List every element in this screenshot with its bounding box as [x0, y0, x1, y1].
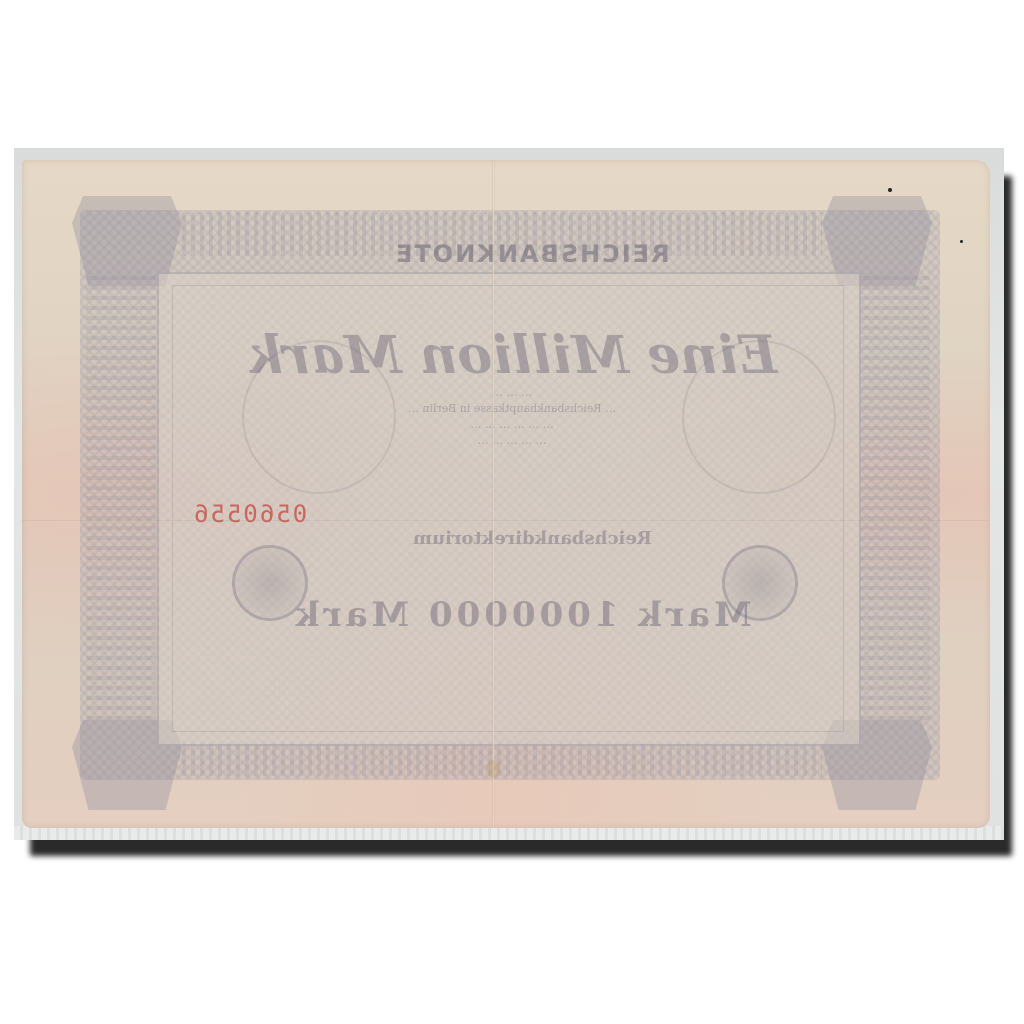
denomination-text: Eine Million Mark [192, 325, 832, 386]
left-ornament-band [86, 270, 156, 720]
vertical-fold-crease [492, 160, 495, 828]
card-bottom-edge [14, 826, 1004, 840]
body-line: … … … [232, 385, 792, 401]
issuer-text-mirrored: Reichsbankdirektorium [413, 528, 652, 549]
header-text-mirrored: REICHSBANKNOTE [394, 240, 670, 268]
header-text: REICHSBANKNOTE [322, 240, 742, 268]
serial-number-mirrored: 0560556 [192, 500, 307, 528]
body-line: … … … … … [232, 433, 792, 449]
horizontal-fold-crease [22, 520, 990, 521]
paper-stain [486, 760, 500, 778]
right-ornament-band [860, 270, 930, 720]
denomination-text-mirrored: Eine Million Mark [247, 325, 777, 386]
paper-speck [960, 240, 963, 243]
bottom-ornament-band [182, 742, 822, 776]
issuer-text: Reichsbankdirektorium [322, 528, 742, 549]
body-line: … Reichsbankhauptkasse in Berlin … [232, 401, 792, 417]
body-line: … … … … … … [232, 417, 792, 433]
bottom-denomination-mirrored: Mark 1000000 Mark [292, 595, 752, 635]
bottom-denomination-line: Mark 1000000 Mark [222, 595, 822, 635]
paper-speck [888, 188, 892, 192]
banknote: REICHSBANKNOTE Eine Million Mark … … … …… [22, 160, 990, 828]
body-text: … … … … Reichsbankhauptkasse in Berlin …… [232, 385, 792, 449]
serial-number: 0560556 [192, 500, 307, 528]
